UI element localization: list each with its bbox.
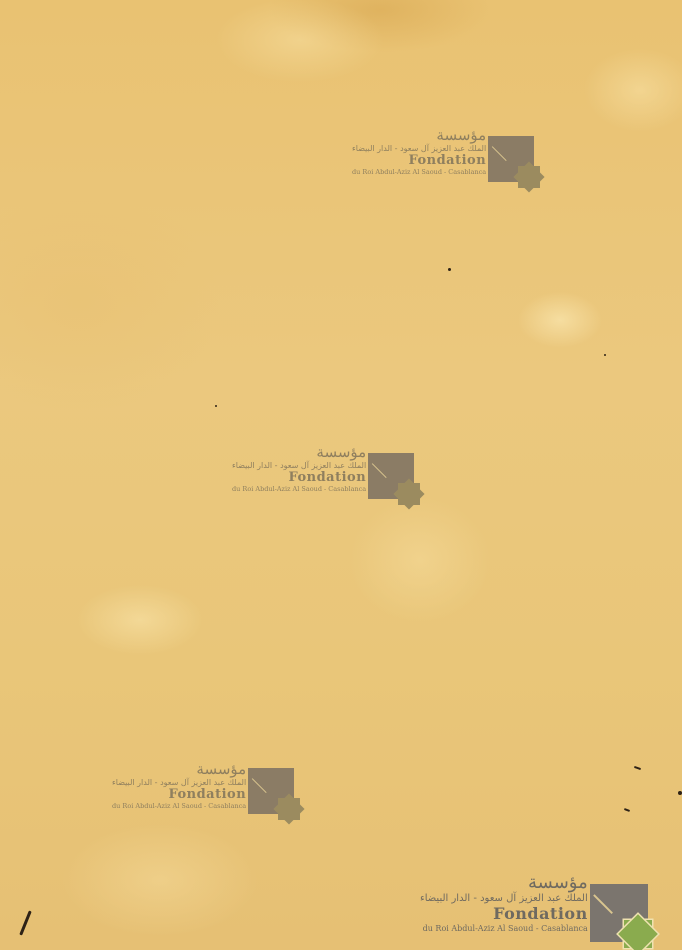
ink-speck (19, 910, 32, 935)
ink-speck (678, 791, 682, 795)
ink-speck (448, 268, 451, 271)
watermark-logo: مؤسسة الملك عبد العزيز آل سعود - الدار ا… (352, 128, 534, 182)
watermark-logo: مؤسسة الملك عبد العزيز آل سعود - الدار ا… (112, 762, 294, 814)
watermark-arabic-title: مؤسسة (112, 762, 246, 777)
ink-speck (624, 808, 630, 812)
square-with-octagram-star-logo-icon (368, 453, 414, 499)
watermark-arabic-title: مؤسسة (420, 874, 588, 892)
square-with-octagram-star-logo-icon (590, 884, 648, 942)
watermark-french-subtitle: du Roi Abdul-Aziz Al Saoud - Casablanca (352, 168, 486, 177)
watermark-arabic-title: مؤسسة (352, 128, 486, 143)
watermark-french-title: Fondation (232, 471, 366, 485)
watermark-french-title: Fondation (352, 154, 486, 168)
ink-speck (215, 405, 217, 407)
watermark-french-title: Fondation (112, 788, 246, 802)
square-with-octagram-star-logo-icon (488, 136, 534, 182)
paper-page: مؤسسة الملك عبد العزيز آل سعود - الدار ا… (0, 0, 682, 950)
ink-speck (634, 766, 641, 770)
square-with-octagram-star-logo-icon (248, 768, 294, 814)
watermark-logo: مؤسسة الملك عبد العزيز آل سعود - الدار ا… (420, 874, 648, 942)
ink-speck (604, 354, 606, 356)
watermark-french-subtitle: du Roi Abdul-Aziz Al Saoud - Casablanca (112, 802, 246, 811)
watermark-french-subtitle: du Roi Abdul-Aziz Al Saoud - Casablanca (232, 485, 366, 494)
watermark-arabic-title: مؤسسة (232, 445, 366, 460)
watermark-french-subtitle: du Roi Abdul-Aziz Al Saoud - Casablanca (420, 923, 588, 934)
watermark-logo: مؤسسة الملك عبد العزيز آل سعود - الدار ا… (232, 445, 414, 499)
watermark-french-title: Fondation (420, 905, 588, 923)
